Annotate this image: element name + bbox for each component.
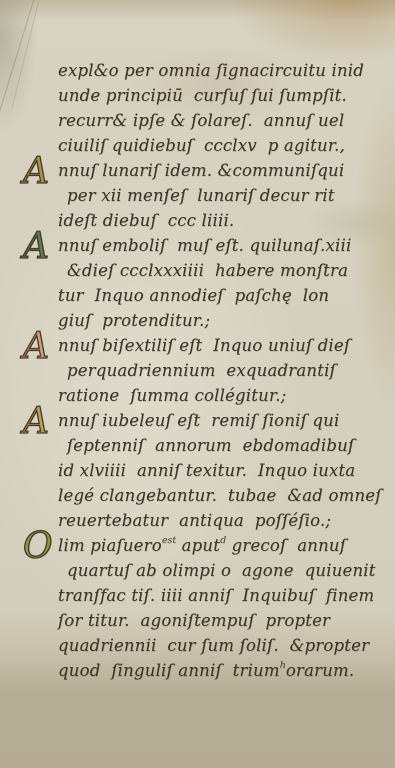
interlinear-gloss: h <box>280 660 286 671</box>
line-text: &dieſ ccclxxxiiii habere monſtra <box>67 261 348 280</box>
text-line: expl&o per omnia ſignacircuitu inid <box>58 58 379 83</box>
line-text: lim piaſueroest aputd grecoſ annuſ <box>58 536 346 555</box>
line-text: ſor titur. agoniſtempuſ propter <box>58 611 330 630</box>
line-text: per xii menſeſ lunariſ decur rit <box>67 186 335 205</box>
text-block: expl&o per omnia ſignacircuitu inidunde … <box>58 58 379 683</box>
line-text: perquadriennium exquadrantiſ <box>67 361 336 380</box>
line-text: quod ſinguliſ anniſ triumhorarum. <box>58 661 354 680</box>
text-line: id xlviiii anniſ texitur. Inquo iuxta <box>58 458 379 483</box>
text-line: quadriennii cur ſum ſoliſ. &propter <box>58 633 379 658</box>
text-line: reuertebatur antiqua poſſéſio.; <box>58 508 379 533</box>
text-line: perquadriennium exquadrantiſ <box>58 358 379 383</box>
line-text: ideſt diebuſ ccc liiii. <box>58 211 234 230</box>
text-line: Olim piaſueroest aputd grecoſ annuſ <box>58 533 379 558</box>
line-text: ſeptenniſ annorum ebdomadibuſ <box>67 436 354 455</box>
text-line: Annuſ iubeleuſ eſt remiſ ſioniſ qui <box>58 408 379 433</box>
text-line: quod ſinguliſ anniſ triumhorarum. <box>58 658 379 683</box>
line-text: ciuiliſ quidiebuſ ccclxv p agitur., <box>58 136 345 155</box>
line-text: recurr& ipſe & ſolareſ. annuſ uel <box>58 111 344 130</box>
line-text: tranſfac tiſ. iiii anniſ Inquibuſ finem <box>58 586 374 605</box>
text-line: per xii menſeſ lunariſ decur rit <box>58 183 379 208</box>
text-line: recurr& ipſe & ſolareſ. annuſ uel <box>58 108 379 133</box>
line-text: nnuſ emboliſ muſ eſt. quilunaſ.xiii <box>58 236 351 255</box>
line-text: id xlviiii anniſ texitur. Inquo iuxta <box>58 461 355 480</box>
line-text: expl&o per omnia ſignacircuitu inid <box>58 61 364 80</box>
decorated-initial: A <box>23 404 49 440</box>
text-line: ideſt diebuſ ccc liiii. <box>58 208 379 233</box>
parchment-page: expl&o per omnia ſignacircuitu inidunde … <box>0 0 395 768</box>
parchment-leaf-wrap: expl&o per omnia ſignacircuitu inidunde … <box>0 0 395 768</box>
line-text: nnuſ iubeleuſ eſt remiſ ſioniſ qui <box>58 411 339 430</box>
text-line: Annuſ emboliſ muſ eſt. quilunaſ.xiii <box>58 233 379 258</box>
line-text: tur Inquo annodieſ paſchę lon <box>58 286 329 305</box>
text-line: tranſfac tiſ. iiii anniſ Inquibuſ finem <box>58 583 379 608</box>
decorated-initial: A <box>23 229 49 265</box>
text-line: Annuſ lunariſ idem. &communiſqui <box>58 158 379 183</box>
line-text: nnuſ biſextiliſ eſt Inquo uniuſ dieſ <box>58 336 350 355</box>
text-line: quartuſ ab olimpi o agone quiuenit <box>58 558 379 583</box>
decorated-initial: O <box>23 529 53 565</box>
text-line: ciuiliſ quidiebuſ ccclxv p agitur., <box>58 133 379 158</box>
line-text: quadriennii cur ſum ſoliſ. &propter <box>58 636 369 655</box>
text-line: &dieſ ccclxxxiiii habere monſtra <box>58 258 379 283</box>
line-text: ratione ſumma collégitur.; <box>58 386 286 405</box>
text-line: ſor titur. agoniſtempuſ propter <box>58 608 379 633</box>
text-line: giuſ protenditur.; <box>58 308 379 333</box>
parchment-crease <box>0 0 37 135</box>
line-text: quartuſ ab olimpi o agone quiuenit <box>67 561 376 580</box>
line-text: unde principiū curſuſ ſui ſumpſit. <box>58 86 347 105</box>
line-text: nnuſ lunariſ idem. &communiſqui <box>58 161 344 180</box>
text-line: legé clangebantur. tubae &ad omneſ <box>58 483 379 508</box>
text-line: ſeptenniſ annorum ebdomadibuſ <box>58 433 379 458</box>
decorated-initial: A <box>23 154 49 190</box>
line-text: giuſ protenditur.; <box>58 311 210 330</box>
manuscript-photo: expl&o per omnia ſignacircuitu inidunde … <box>0 0 395 768</box>
text-line: tur Inquo annodieſ paſchę lon <box>58 283 379 308</box>
decorated-initial: A <box>23 329 49 365</box>
interlinear-gloss: est <box>162 535 176 546</box>
interlinear-gloss: d <box>220 535 226 546</box>
line-text: reuertebatur antiqua poſſéſio.; <box>58 511 331 530</box>
text-line: ratione ſumma collégitur.; <box>58 383 379 408</box>
line-text: legé clangebantur. tubae &ad omneſ <box>58 486 382 505</box>
text-line: Annuſ biſextiliſ eſt Inquo uniuſ dieſ <box>58 333 379 358</box>
text-line: unde principiū curſuſ ſui ſumpſit. <box>58 83 379 108</box>
